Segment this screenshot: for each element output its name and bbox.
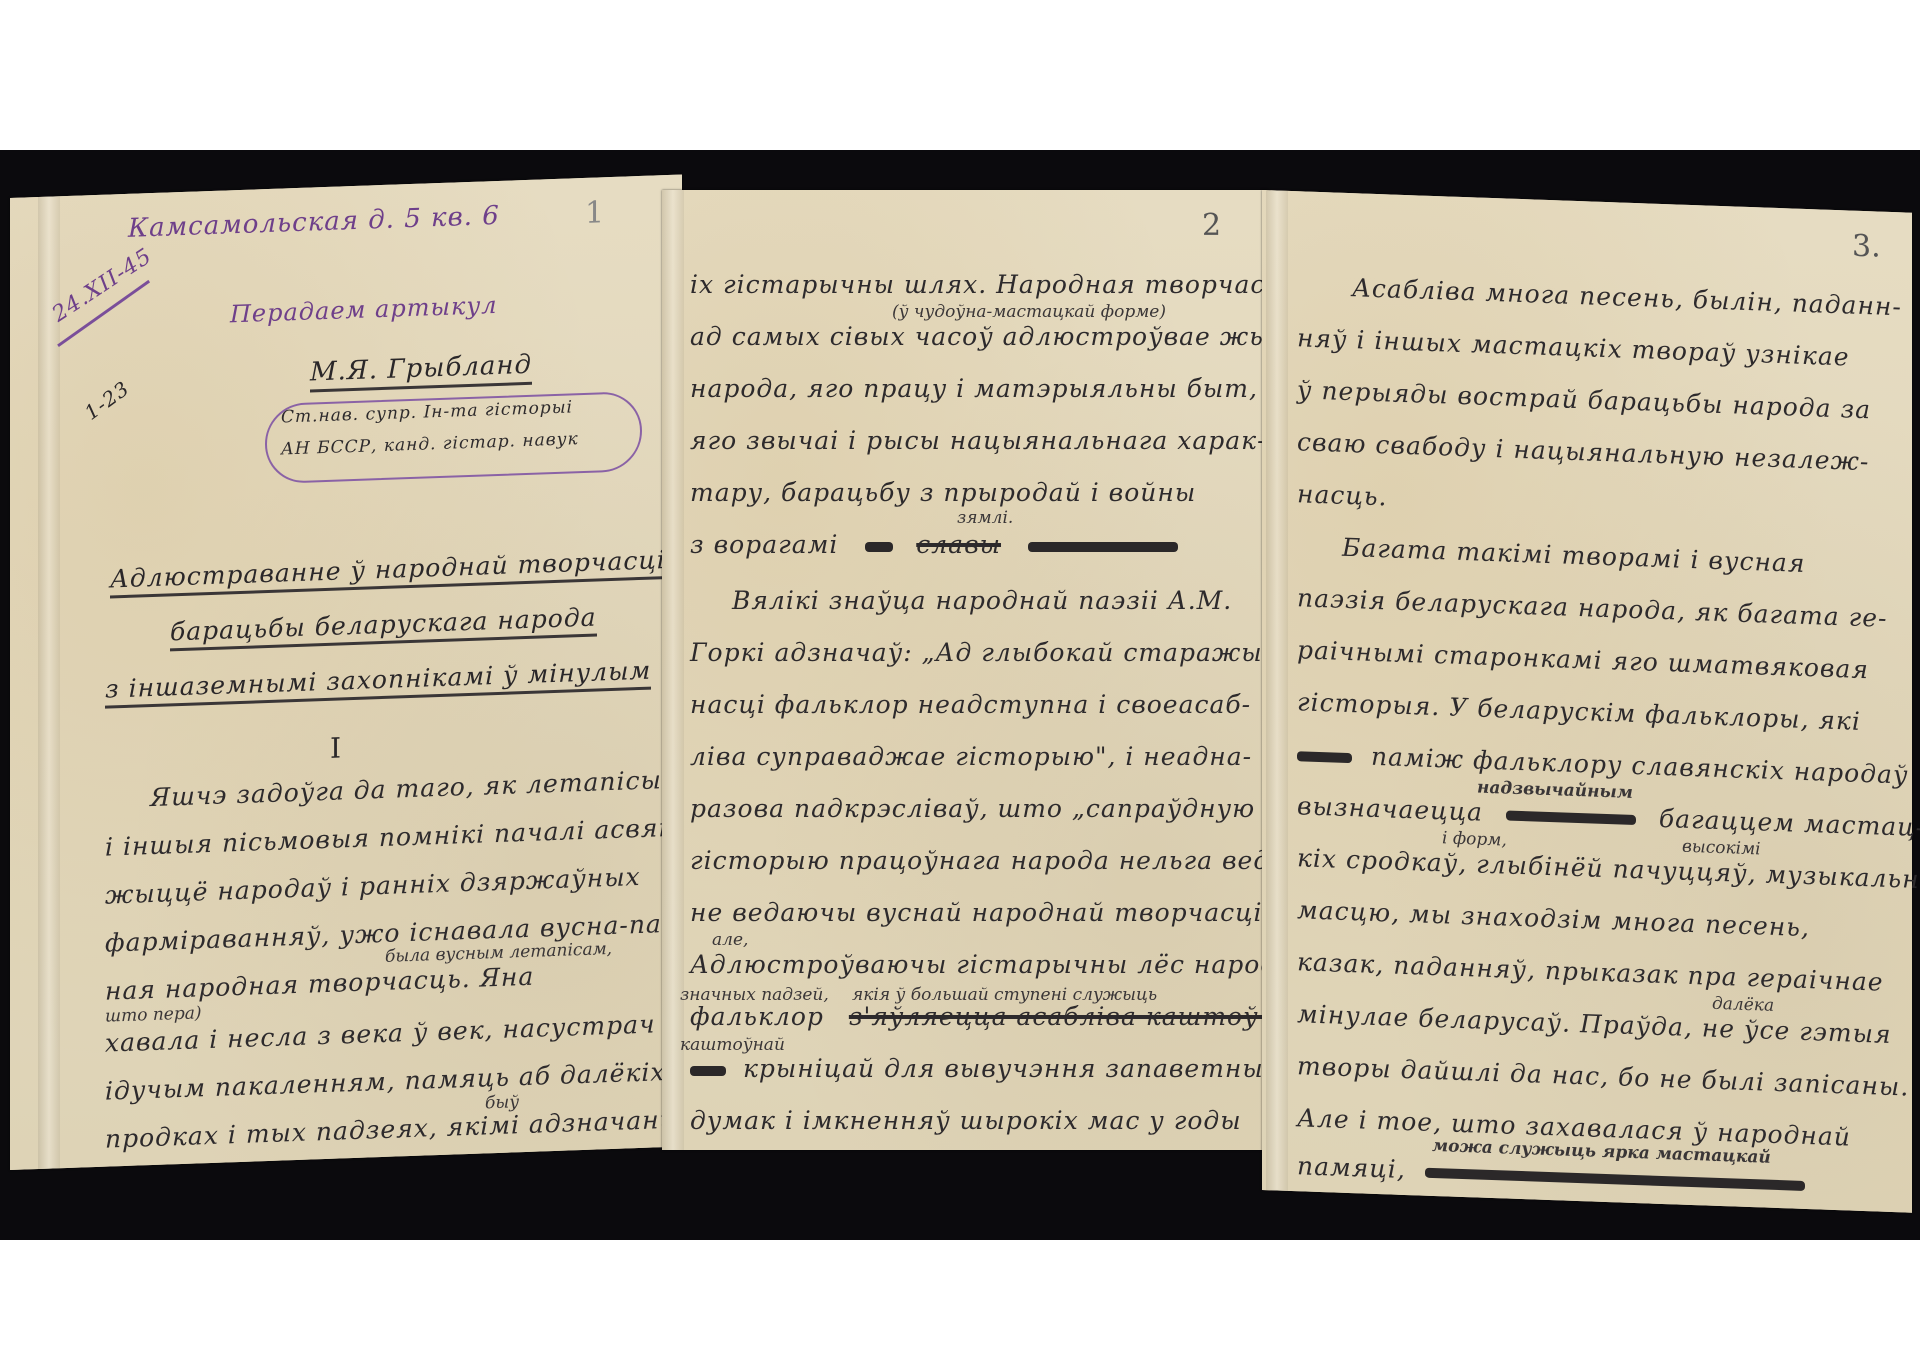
manuscript-page-2: 2 іх гістарычны шлях. Народная творчасць… xyxy=(662,190,1267,1150)
line-text: вызначаецца xyxy=(1297,791,1483,826)
page-fold xyxy=(662,190,684,1150)
ink-blot xyxy=(690,1066,726,1076)
text-line: ідучым пакаленням, памяць аб далёкіх xyxy=(105,1057,665,1106)
ink-blot xyxy=(1506,810,1636,825)
line-text: фальклор xyxy=(690,1002,824,1031)
text-line: крыніцай для вывучэння запаветных xyxy=(690,1054,1279,1083)
address-stamp: Камсамольская д. 5 кв. 6 xyxy=(128,201,500,244)
page-fold xyxy=(38,196,60,1169)
ink-blot xyxy=(865,542,893,552)
text-line: насці фальклор неадступна і своеасаб- xyxy=(690,690,1251,719)
insertion: і форм, xyxy=(1442,828,1507,850)
author-credentials-box: Ст.нав. супр. Ін-та гісторыі АН БССР, ка… xyxy=(265,391,642,484)
text-line: няў і іншых мастацкіх твораў узнікае xyxy=(1297,323,1850,371)
text-line: гісторыя. У беларускім фальклоры, які xyxy=(1297,687,1861,736)
insertion: (ў чудоўна-мастацкай форме) xyxy=(892,302,1166,322)
text-line: гісторыю працоўнага народа нельга ведаць… xyxy=(690,846,1328,875)
text-line: Горкі адзначаў: „Ад глыбокай старажыт- xyxy=(690,638,1297,667)
text-line: ліва суправаджае гісторыю", і неадна- xyxy=(690,742,1252,771)
submission-note: Перадаем артыкул xyxy=(230,291,498,328)
title-line-3: з іншаземнымі захопнікамі ў мінулым xyxy=(105,656,651,709)
text-line: ная народная творчасць. Яна xyxy=(105,962,534,1006)
text-line: мінулае беларусаў. Праўда, не ўсе гэтыя xyxy=(1297,999,1892,1049)
text-line: раічнымі старонкамі яго шматвяковая xyxy=(1297,635,1869,684)
line-text: памiж фальклору славянскіх народаў xyxy=(1371,742,1909,790)
text-line: Асабліва многа песень, былін, паданн- xyxy=(1352,273,1902,321)
text-line: паэзія беларускага народа, як багата ге- xyxy=(1297,583,1887,633)
ink-blot xyxy=(1297,751,1352,763)
title-line-2: барацьбы беларускага народа xyxy=(170,603,597,652)
text-line: народа, яго працу і матэрыяльны быт, xyxy=(690,374,1258,403)
page-number: 1 xyxy=(585,195,604,231)
page-number: 2 xyxy=(1202,208,1221,243)
line-text: крыніцай для вывучэння запаветных xyxy=(743,1054,1279,1083)
insertion: высокімі xyxy=(1682,837,1761,860)
insertion: але, xyxy=(712,930,748,950)
text-line: сваю свабоду і нацыянальную незалеж- xyxy=(1297,427,1869,476)
text-line: і іншыя пісьмовыя помнікі пачалі асвятля… xyxy=(105,810,751,862)
text-line: думак і імкненняў шырокіх мас у годы xyxy=(690,1106,1242,1135)
text-line: казак, паданняў, прыказак пра гераічнае xyxy=(1297,947,1884,996)
ink-blot xyxy=(1028,542,1178,552)
text-line: насць. xyxy=(1297,479,1387,511)
author-title-line-2: АН БССР, канд. гістар. навук xyxy=(281,429,579,459)
insertion: што пера) xyxy=(105,1003,202,1026)
text-line: Яшчэ задоўга да таго, як летапісы xyxy=(150,765,662,812)
text-line: ў перыяды вострай барацьбы народа за xyxy=(1297,375,1871,424)
struck-text: з'яўляецца асабліва каштоў- xyxy=(849,1002,1268,1031)
struck-text: славы xyxy=(916,530,1001,559)
manuscript-page-3: 3. Асабліва многа песень, былін, паданн-… xyxy=(1262,190,1912,1213)
text-line: іх гістарычны шлях. Народная творчасць xyxy=(690,270,1298,299)
title-line-1: Адлюстраванне ў народнай творчасці xyxy=(110,545,666,598)
reference-number: 1-23 xyxy=(80,376,134,425)
text-line: кіх сродкаў, глыбінёй пачуццяў, музыкаль… xyxy=(1297,843,1920,895)
text-line: продках і тых падзеях, якімі адзначаны xyxy=(105,1105,681,1154)
manuscript-page-1: 1 Камсамольская д. 5 кв. 6 24.XII-45 1-2… xyxy=(10,175,682,1170)
text-line: разова падкрэсліваў, што „сапраўдную xyxy=(690,794,1255,823)
text-line: масцю, мы знаходзім многа песень, xyxy=(1297,895,1810,942)
text-line: з ворагамі славы xyxy=(690,530,1178,559)
text-line: творы дайшлі да нас, бо не былі запісаны… xyxy=(1297,1051,1909,1101)
insertion: зямлі. xyxy=(957,508,1013,528)
insertion: каштоўнай xyxy=(680,1035,785,1055)
text-line: не ведаючы вуснай народнай творчасці". xyxy=(690,898,1284,927)
text-line: Адлюстроўваючы гістарычны лёс народа, xyxy=(690,950,1302,979)
text-line: Багата такімі творамі і вусная xyxy=(1342,533,1805,578)
section-number: I xyxy=(330,731,342,764)
text-line: Вялікі знаўца народнай паэзіі А.М. xyxy=(732,586,1232,615)
page-number: 3. xyxy=(1852,229,1881,265)
text-line: фальклор з'яўляецца асабліва каштоў- xyxy=(690,1002,1268,1031)
author-name: М.Я. Грыбланд xyxy=(310,350,532,393)
insertion: далёка xyxy=(1712,994,1774,1016)
text-line: жыццё народаў і ранніх дзяржаўных xyxy=(105,862,641,910)
ink-blot xyxy=(1425,1167,1805,1190)
author-title-line-1: Ст.нав. супр. Ін-та гісторыі xyxy=(281,397,573,427)
text-line: яго звычаі і рысы нацыянальнага харак- xyxy=(690,426,1267,455)
text-line: тару, барацьбу з прыродай і войны xyxy=(690,478,1196,507)
line-text: з ворагамі xyxy=(690,530,838,559)
page-fold xyxy=(1266,190,1288,1191)
line-text: памяці, xyxy=(1297,1151,1406,1184)
text-line: ад самых сівых часоў адлюстроўвае жыццё xyxy=(690,322,1323,351)
